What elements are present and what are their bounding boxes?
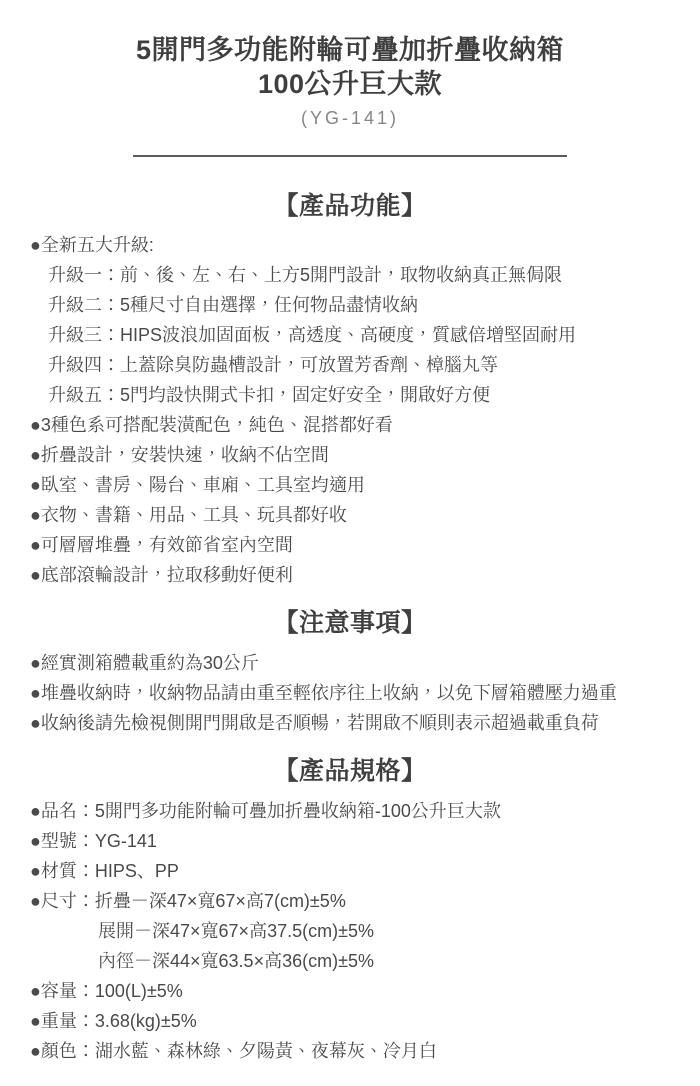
product-model-code: (YG-141) bbox=[0, 107, 700, 129]
feature-line: ●臥室、書房、陽台、車廂、工具室均適用 bbox=[0, 470, 700, 500]
feature-line: 升級三：HIPS波浪加固面板，高透度、高硬度，質感倍增堅固耐用 bbox=[0, 320, 700, 350]
notice-line: ●收納後請先檢視側開門開啟是否順暢，若開啟不順則表示超過載重負荷 bbox=[0, 708, 700, 738]
feature-line: ●可層層堆疊，有效節省室內空間 bbox=[0, 530, 700, 560]
feature-line: 升級四：上蓋除臭防蟲槽設計，可放置芳香劑、樟腦丸等 bbox=[0, 350, 700, 380]
spec-line-size-expanded: 展開－深47×寬67×高37.5(cm)±5% bbox=[0, 916, 700, 946]
section-heading-notices: 【注意事項】 bbox=[0, 608, 700, 638]
feature-line: ●全新五大升級: bbox=[0, 230, 700, 260]
product-title-line1: 5開門多功能附輪可疊加折疊收納箱 bbox=[136, 35, 564, 65]
spec-line-size-inner: 內徑－深44×寬63.5×高36(cm)±5% bbox=[0, 946, 700, 976]
notice-line: ●堆疊收納時，收納物品請由重至輕依序往上收納，以免下層箱體壓力過重 bbox=[0, 678, 700, 708]
product-title-line2: 100公升巨大款 bbox=[258, 69, 442, 99]
notice-line: ●經實測箱體載重約為30公斤 bbox=[0, 648, 700, 678]
spec-line-material: ●材質：HIPS、PP bbox=[0, 856, 700, 886]
section-heading-specs: 【產品規格】 bbox=[0, 756, 700, 786]
product-description-page: 5開門多功能附輪可疊加折疊收納箱 100公升巨大款 (YG-141) 【產品功能… bbox=[0, 0, 700, 1086]
feature-line: ●底部滾輪設計，拉取移動好便利 bbox=[0, 560, 700, 590]
spec-line-capacity: ●容量：100(L)±5% bbox=[0, 976, 700, 1006]
feature-line: ●折疊設計，安裝快速，收納不佔空間 bbox=[0, 440, 700, 470]
feature-line: ●衣物、書籍、用品、工具、玩具都好收 bbox=[0, 500, 700, 530]
section-heading-features: 【產品功能】 bbox=[0, 191, 700, 221]
spec-line-colors: ●顏色：湖水藍、森林綠、夕陽黃、夜幕灰、冷月白 bbox=[0, 1036, 700, 1066]
spec-line-size-folded: ●尺寸：折疊－深47×寬67×高7(cm)±5% bbox=[0, 886, 700, 916]
product-header: 5開門多功能附輪可疊加折疊收納箱 100公升巨大款 (YG-141) bbox=[0, 0, 700, 129]
feature-line: 升級一：前、後、左、右、上方5開門設計，取物收納真正無侷限 bbox=[0, 260, 700, 290]
spec-line-model: ●型號：YG-141 bbox=[0, 826, 700, 856]
feature-line: 升級五：5門均設快開式卡扣，固定好安全，開啟好方便 bbox=[0, 380, 700, 410]
section-notices: 【注意事項】 ●經實測箱體載重約為30公斤 ●堆疊收納時，收納物品請由重至輕依序… bbox=[0, 608, 700, 738]
product-title: 5開門多功能附輪可疊加折疊收納箱 100公升巨大款 bbox=[0, 33, 700, 101]
feature-line: 升級二：5種尺寸自由選擇，任何物品盡情收納 bbox=[0, 290, 700, 320]
section-product-features: 【產品功能】 ●全新五大升級: 升級一：前、後、左、右、上方5開門設計，取物收納… bbox=[0, 191, 700, 590]
section-specifications: 【產品規格】 ●品名：5開門多功能附輪可疊加折疊收納箱-100公升巨大款 ●型號… bbox=[0, 756, 700, 1066]
spec-line-weight: ●重量：3.68(kg)±5% bbox=[0, 1006, 700, 1036]
feature-line: ●3種色系可搭配裝潢配色，純色、混搭都好看 bbox=[0, 410, 700, 440]
header-divider bbox=[133, 155, 567, 157]
spec-line-product-name: ●品名：5開門多功能附輪可疊加折疊收納箱-100公升巨大款 bbox=[0, 796, 700, 826]
